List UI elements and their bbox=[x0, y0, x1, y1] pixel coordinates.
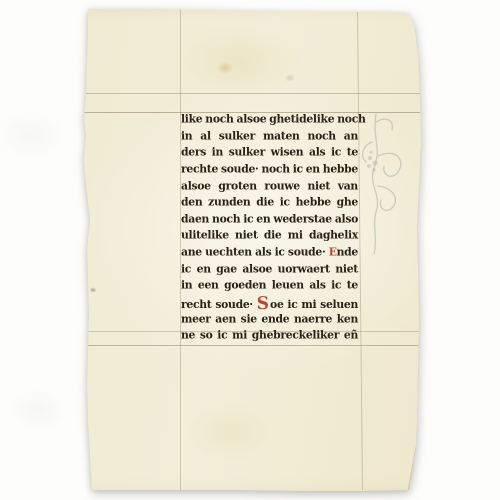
text-block: like noch alsoe ghetidelike nochin al su… bbox=[181, 111, 358, 344]
text-line: in een goeden leuen als ic te bbox=[181, 277, 358, 295]
ink-text: in een goeden leuen als ic te bbox=[181, 278, 358, 292]
ink-text: meer aen sie ende naerre ken bbox=[181, 312, 358, 326]
photo-background: like noch alsoe ghetidelike nochin al su… bbox=[0, 0, 500, 500]
ink-text: in al sulker maten noch an bbox=[181, 129, 358, 143]
rubric-text: E bbox=[329, 245, 337, 259]
ink-text: alsoe groten rouwe niet van bbox=[181, 179, 358, 193]
text-line: recht soude· Soe ic mi seluen bbox=[181, 294, 358, 312]
ink-text: ulitelike niet die mi daghelix bbox=[181, 228, 358, 242]
ink-text: den zunden die ic hebbe ghe bbox=[181, 195, 358, 209]
text-line: alsoe groten rouwe niet van bbox=[181, 178, 358, 196]
text-line: daen noch ic en wederstae also bbox=[181, 211, 358, 229]
ink-text: oe ic mi seluen bbox=[270, 297, 358, 311]
ink-text: ders in sulker wisen als ic te bbox=[181, 145, 358, 159]
ink-text: ane uechten als ic soude· bbox=[181, 245, 329, 259]
text-line: in al sulker maten noch an bbox=[181, 128, 358, 146]
text-line: ic en gae alsoe uorwaert niet bbox=[181, 261, 358, 279]
bottom-right-crease bbox=[408, 447, 416, 491]
text-line: ane uechten als ic soude· Ende bbox=[181, 244, 358, 262]
text-line: ders in sulker wisen als ic te bbox=[181, 144, 358, 162]
leaf-shadow: like noch alsoe ghetidelike nochin al su… bbox=[0, 0, 500, 500]
ink-text: recht soude· bbox=[181, 297, 257, 311]
ink-text: nde bbox=[337, 245, 358, 259]
ink-text: ic en gae alsoe uorwaert niet bbox=[181, 262, 358, 276]
text-line: rechte soude· noch ic en hebbe bbox=[181, 161, 358, 179]
text-line: den zunden die ic hebbe ghe bbox=[181, 194, 358, 212]
text-line: ulitelike niet die mi daghelix bbox=[181, 227, 358, 245]
text-line: like noch alsoe ghetidelike noch bbox=[181, 111, 358, 129]
manuscript-leaf: like noch alsoe ghetidelike nochin al su… bbox=[0, 0, 500, 500]
text-line: meer aen sie ende naerre ken bbox=[181, 311, 358, 329]
ink-text: daen noch ic en wederstae also bbox=[181, 212, 358, 226]
ink-text: like noch alsoe ghetidelike noch bbox=[181, 112, 366, 126]
text-line: ne so ic mi ghebreckeliker eñ bbox=[181, 327, 358, 345]
penwork-showthrough-flourish bbox=[348, 108, 418, 258]
ink-text: ne so ic mi ghebreckeliker eñ bbox=[181, 328, 358, 342]
ink-text: rechte soude· noch ic en hebbe bbox=[181, 162, 358, 176]
